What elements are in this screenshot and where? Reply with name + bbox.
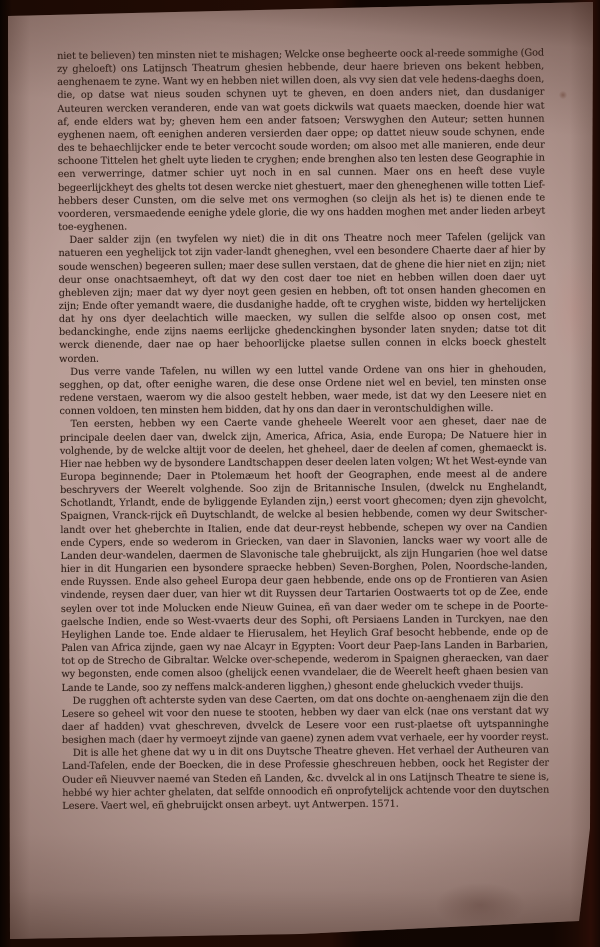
paragraph: Ten eersten, hebben wy een Caerte vande … [60,415,549,695]
book-page: niet te believen) ten minsten niet te mi… [0,0,600,947]
paragraph: Dus verre vande Tafelen, nu willen wy ee… [59,362,546,418]
paragraph: niet te believen) ten minsten niet te mi… [57,47,545,235]
page-text: niet te believen) ten minsten niet te mi… [57,47,549,813]
paragraph: Dit is alle het ghene dat wy u in dit on… [62,744,549,813]
paragraph: Daer salder zijn (en twyfelen wy niet) d… [58,231,546,366]
paragraph: De rugghen oft achterste syden van dese … [62,691,549,747]
photo-background: niet te believen) ten minsten niet te mi… [0,0,600,947]
